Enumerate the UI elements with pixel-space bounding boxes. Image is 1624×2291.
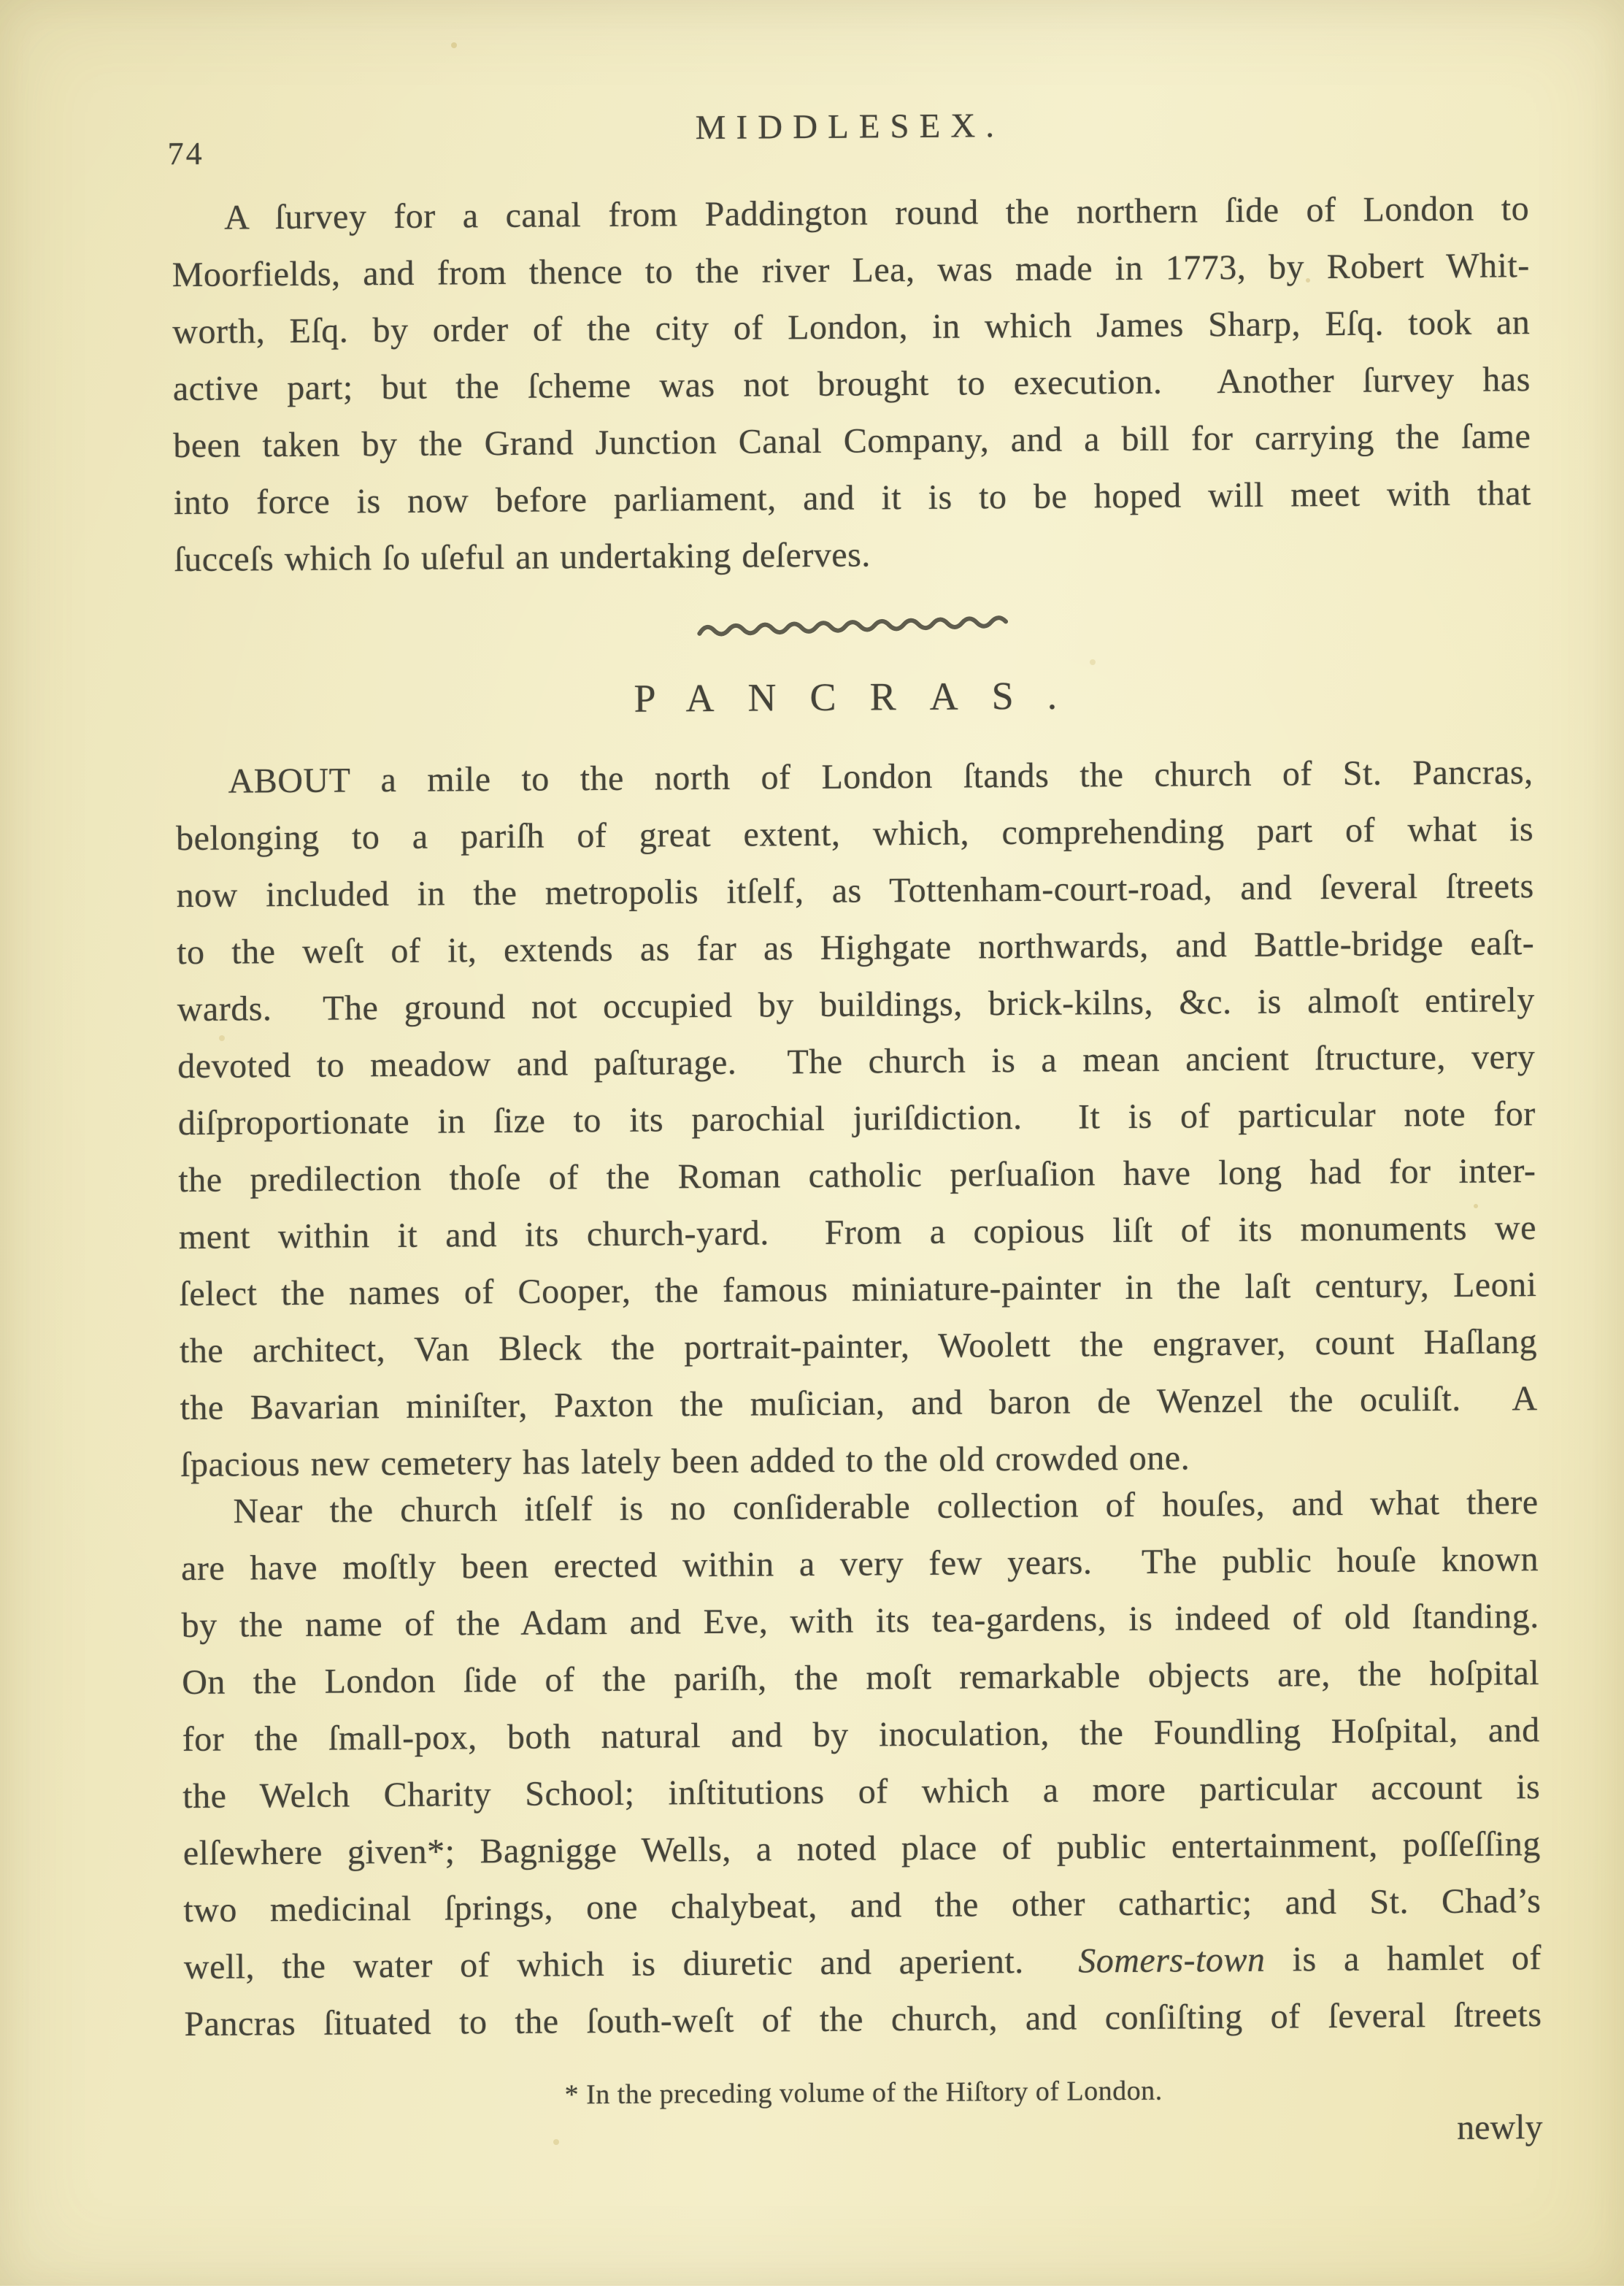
scan-edge [0, 2286, 1624, 2291]
paragraph-pancras-description: ABOUT a mile to the north of London ſtan… [175, 744, 1538, 1494]
text-line: On the London ſide of the pariſh, the mo… [182, 1645, 1539, 1711]
text-segment: two medicinal ſprings, one chalybeat, an… [183, 1881, 1541, 1930]
text-line: active part; but the ſcheme was not brou… [173, 351, 1531, 418]
text-segment: devoted to meadow and paſturage. The chu… [177, 1037, 1535, 1086]
text-segment: been taken by the Grand Junction Canal C… [173, 417, 1531, 465]
text-line: ment within it and its church-yard. From… [179, 1200, 1536, 1266]
text-line: the Welch Charity School; inſtitutions o… [182, 1759, 1540, 1825]
text-segment: wards. The ground not occupied by buildi… [177, 981, 1535, 1029]
text-segment: ſucceſs which ſo uſeful an undertaking d… [174, 535, 871, 579]
paragraph-canal-survey: A ſurvey for a canal from Paddington rou… [172, 180, 1532, 588]
text-line: ſelect the names of Cooper, the famous m… [179, 1256, 1536, 1323]
text-line: Pancras ſituated to the ſouth-weſt of th… [184, 1987, 1542, 2053]
text-segment: the Welch Charity School; inſtitutions o… [182, 1768, 1540, 1816]
text-segment: to the weſt of it, extends as far as Hig… [177, 924, 1534, 972]
text-segment: Near the church itſelf is no conſiderabl… [233, 1483, 1538, 1530]
wavy-rule-ornament [174, 612, 1532, 640]
footnote: * In the preceding volume of the Hiſtory… [185, 2070, 1542, 2116]
text-line: into force is now before parliament, and… [174, 465, 1531, 532]
text-line: ſucceſs which ſo uſeful an undertaking d… [174, 522, 1531, 588]
paragraph-near-church: Near the church itſelf is no conſiderabl… [180, 1474, 1542, 2053]
page-content: 74 MIDDLESEX. A ſurvey for a canal from … [0, 0, 1624, 2291]
text-segment: the architect, Van Bleck the portrait-pa… [180, 1322, 1537, 1370]
text-line: well, the water of which is diuretic and… [184, 1930, 1542, 1996]
paper-foxing-specks [0, 0, 3, 3]
wavy-line-icon [695, 612, 1012, 640]
text-line: ABOUT a mile to the north of London ſtan… [175, 744, 1533, 810]
text-segment: by the name of the Adam and Eve, with it… [181, 1597, 1539, 1645]
text-segment: A ſurvey for a canal from Paddington rou… [224, 189, 1529, 237]
text-line: been taken by the Grand Junction Canal C… [173, 408, 1531, 475]
text-segment: diſproportionate in ſize to its parochia… [178, 1094, 1536, 1143]
text-line: now included in the metropolis itſelf, a… [176, 858, 1533, 924]
text-line: by the name of the Adam and Eve, with it… [181, 1588, 1539, 1654]
text-segment: are have moſtly been erected within a ve… [181, 1540, 1539, 1588]
text-line: are have moſtly been erected within a ve… [181, 1531, 1539, 1597]
text-line: A ſurvey for a canal from Paddington rou… [172, 180, 1529, 247]
text-line: Moorfields, and from thence to the river… [172, 237, 1529, 304]
text-line: diſproportionate in ſize to its parochia… [178, 1086, 1536, 1152]
text-segment: well, the water of which is diuretic and… [184, 1941, 1079, 1987]
running-head: MIDDLESEX. [171, 101, 1528, 152]
text-segment: elſewhere given*; Bagnigge Wells, a note… [183, 1824, 1541, 1873]
text-line: devoted to meadow and paſturage. The chu… [177, 1029, 1535, 1095]
text-line: wards. The ground not occupied by buildi… [177, 972, 1535, 1038]
text-line: belonging to a pariſh of great extent, w… [176, 801, 1533, 867]
text-segment: Somers-town [1078, 1941, 1266, 1981]
text-segment: now included in the metropolis itſelf, a… [176, 867, 1533, 915]
text-segment: the Bavarian miniſter, Paxton the muſici… [180, 1379, 1537, 1427]
text-segment: worth, Eſq. by order of the city of Lond… [172, 303, 1530, 351]
text-segment: into force is now before parliament, and… [174, 474, 1531, 522]
text-segment: belonging to a pariſh of great extent, w… [176, 810, 1533, 858]
text-line: to the weſt of it, extends as far as Hig… [177, 915, 1534, 981]
text-segment: for the ſmall-pox, both natural and by i… [182, 1711, 1540, 1759]
text-segment: ment within it and its church-yard. From… [179, 1208, 1536, 1256]
text-segment: ABOUT a mile to the north of London ſtan… [228, 753, 1533, 800]
text-line: the Bavarian miniſter, Paxton the muſici… [180, 1370, 1537, 1437]
text-line: Near the church itſelf is no conſiderabl… [180, 1474, 1538, 1540]
text-segment: the predilection thoſe of the Roman cath… [178, 1151, 1536, 1200]
text-line: two medicinal ſprings, one chalybeat, an… [183, 1873, 1541, 1939]
text-line: the architect, Van Bleck the portrait-pa… [180, 1313, 1537, 1380]
text-line: for the ſmall-pox, both natural and by i… [182, 1702, 1539, 1768]
text-segment: is a hamlet of [1265, 1938, 1542, 1979]
catchword: newly [1457, 2106, 1543, 2149]
book-page: 74 MIDDLESEX. A ſurvey for a canal from … [0, 0, 1624, 2291]
section-heading: PANCRAS. [175, 669, 1533, 724]
text-line: the predilection thoſe of the Roman cath… [178, 1143, 1536, 1209]
text-line: elſewhere given*; Bagnigge Wells, a note… [183, 1816, 1541, 1882]
text-line: worth, Eſq. by order of the city of Lond… [172, 294, 1530, 361]
text-segment: ſelect the names of Cooper, the famous m… [179, 1265, 1536, 1313]
text-segment: On the London ſide of the pariſh, the mo… [182, 1654, 1539, 1702]
text-segment: Pancras ſituated to the ſouth-weſt of th… [184, 1995, 1542, 2044]
text-segment: Moorfields, and from thence to the river… [172, 246, 1530, 294]
text-segment: active part; but the ſcheme was not brou… [173, 360, 1531, 408]
